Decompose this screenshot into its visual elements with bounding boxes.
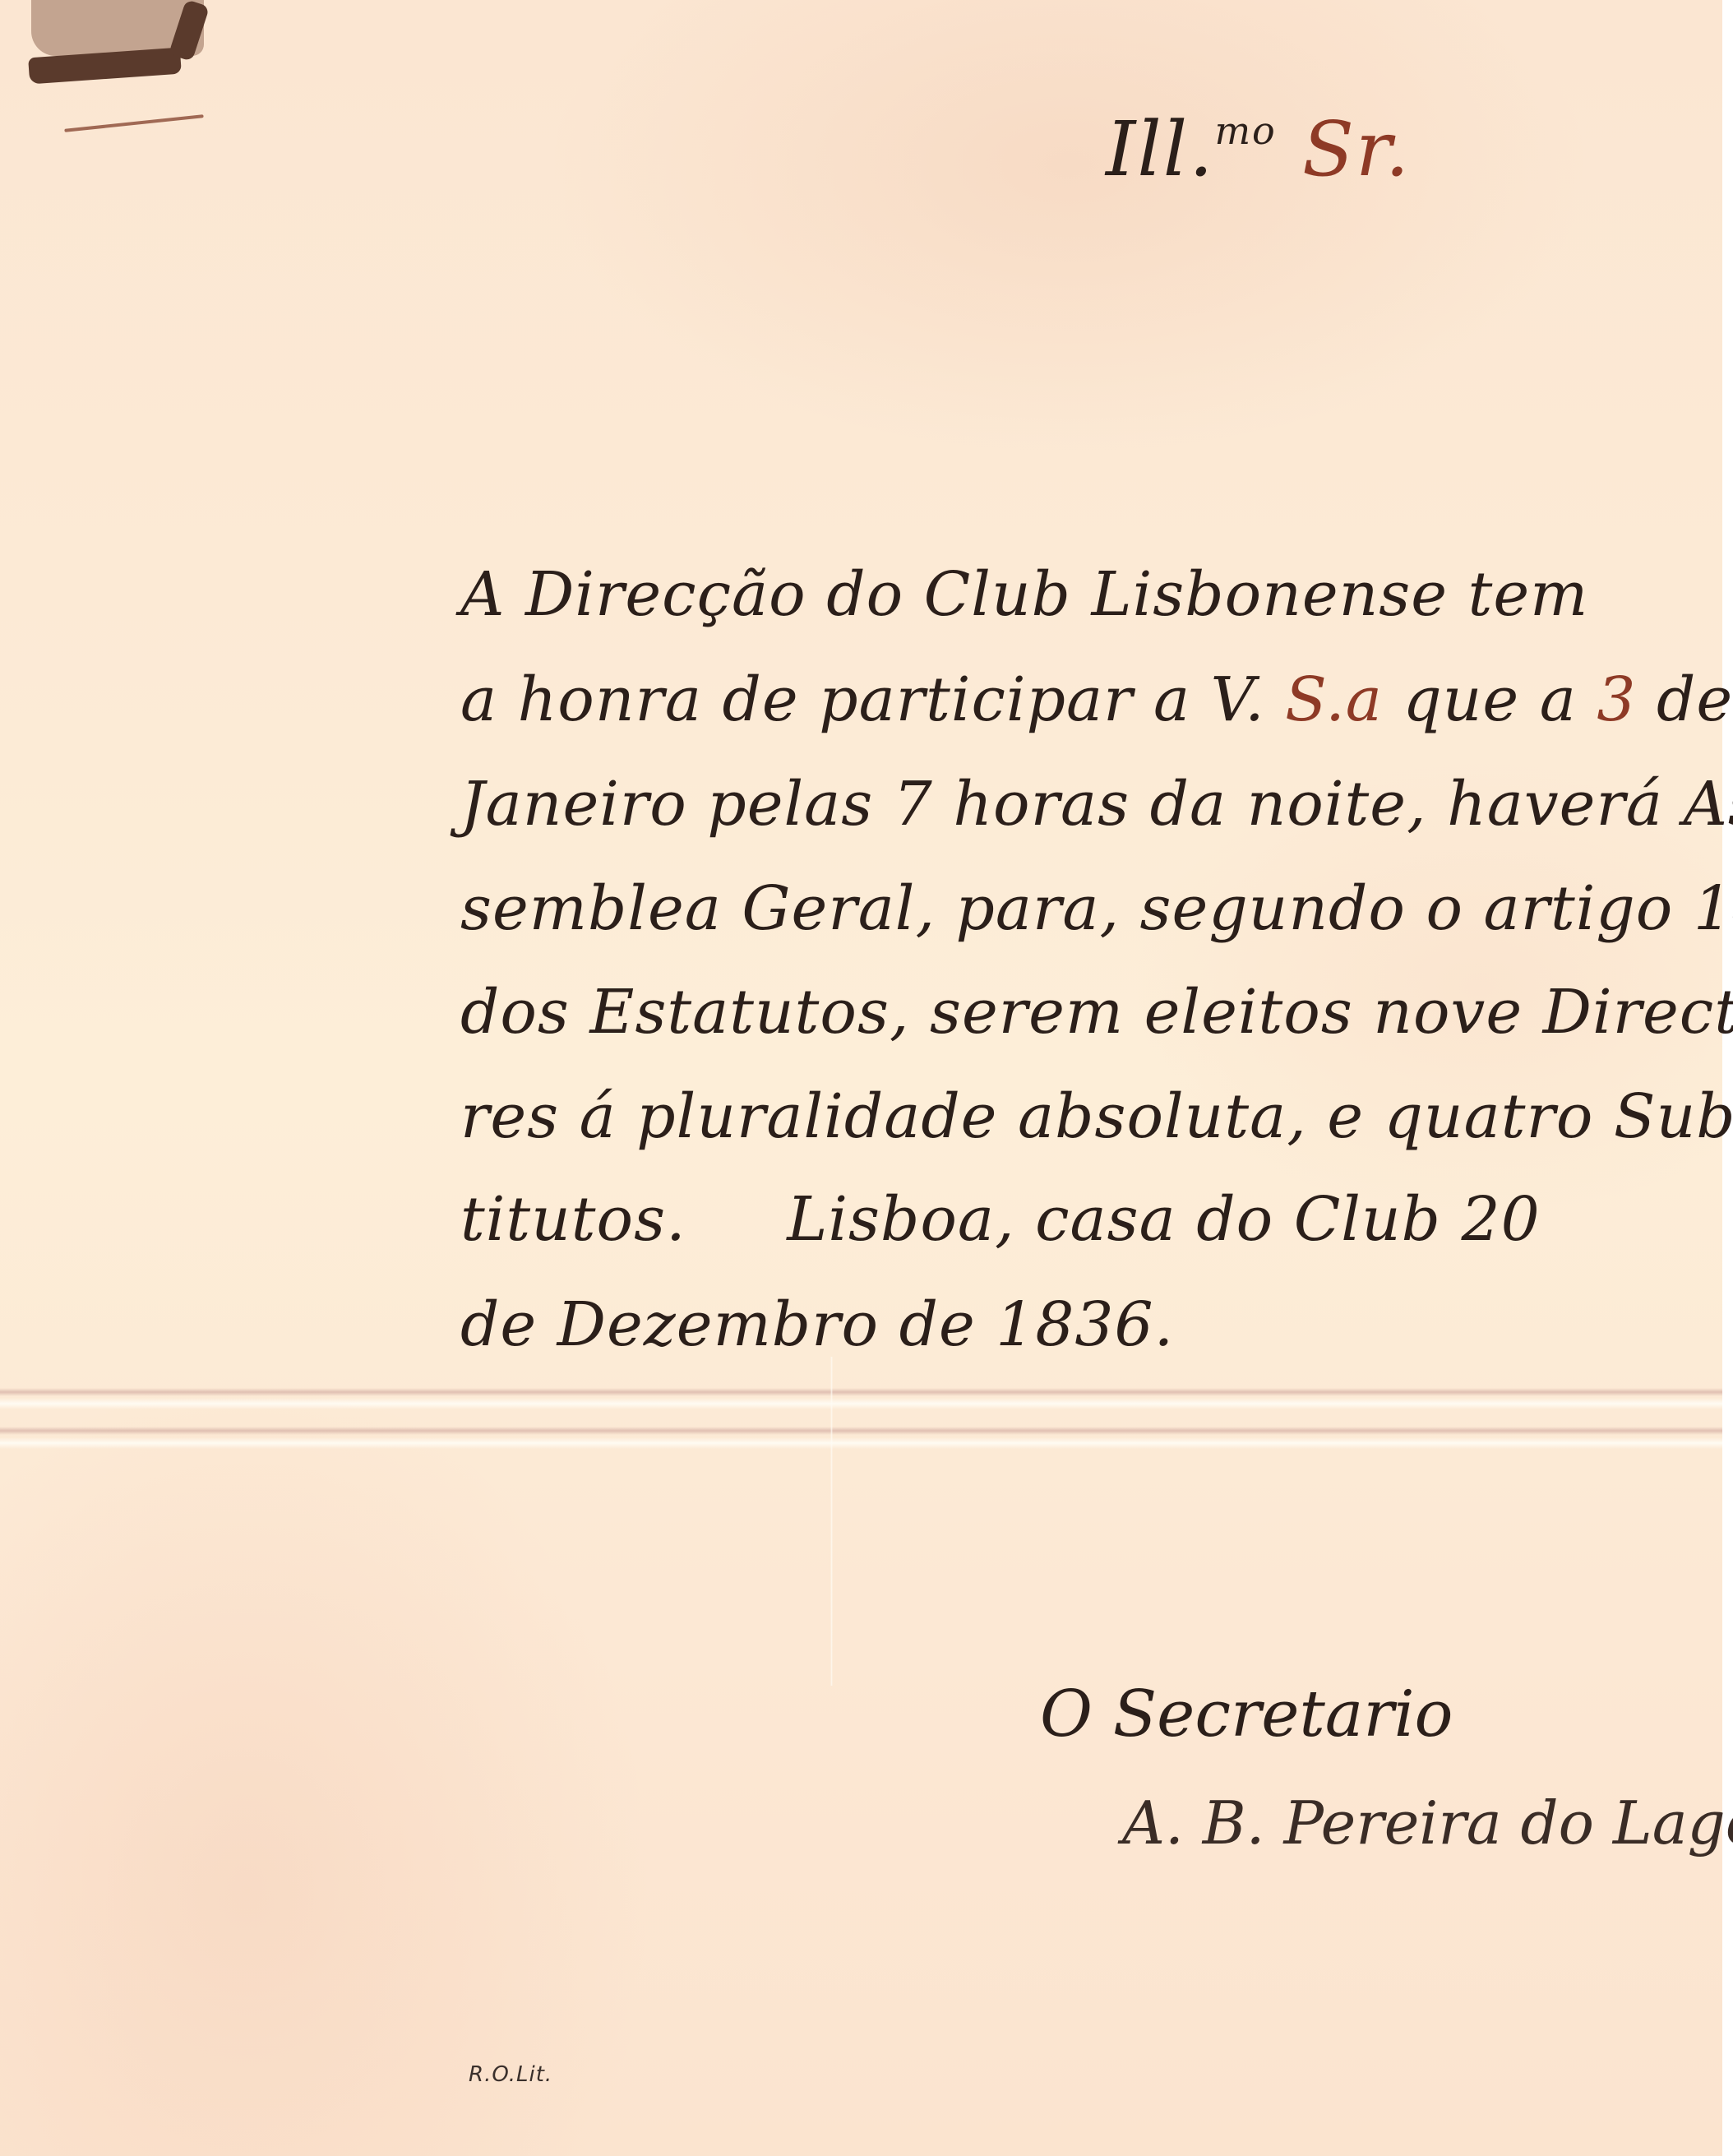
ink-dash-mark: [64, 114, 203, 132]
body-text: A Direcção do Club Lisbonense tem: [460, 559, 1588, 630]
body-text: titutos. Lisboa, casa do Club 20: [460, 1184, 1541, 1255]
fold-crease: [0, 1388, 1722, 1396]
date-day-red: 3: [1597, 664, 1636, 735]
body-text: a honra de participar a V.: [460, 664, 1285, 735]
signature: A. B. Pereira do Lago: [1122, 1788, 1733, 1858]
fold-crease: [0, 1398, 1722, 1409]
salutation: Ill.mo Sr.: [1106, 105, 1411, 193]
salutation-title: Sr.: [1302, 105, 1411, 193]
paper-sheet: Ill.mo Sr. A Direcção do Club Lisbonense…: [0, 0, 1722, 2156]
body-line-1: A Direcção do Club Lisbonense tem: [460, 559, 1588, 630]
body-text: que a: [1383, 664, 1597, 735]
body-text: Janeiro pelas 7 horas da noite, haverá A…: [460, 769, 1733, 840]
salutation-prefix: Ill.: [1106, 105, 1214, 193]
honorific-red: S.a: [1285, 664, 1383, 735]
body-text: de Dezembro de 1836.: [460, 1289, 1174, 1360]
closing: O Secretario: [1040, 1677, 1453, 1751]
body-text: de: [1636, 664, 1733, 735]
body-text: semblea Geral, para, segundo o artigo 14…: [460, 873, 1733, 944]
body-text: dos Estatutos, serem eleitos nove Direct…: [460, 977, 1733, 1048]
vertical-fold: [830, 1357, 833, 1686]
salutation-superscript: mo: [1214, 109, 1276, 153]
body-line-5: dos Estatutos, serem eleitos nove Direct…: [460, 977, 1733, 1048]
fold-crease: [0, 1427, 1722, 1435]
body-line-3: Janeiro pelas 7 horas da noite, haverá A…: [460, 769, 1733, 840]
body-line-7: titutos. Lisboa, casa do Club 20: [460, 1184, 1541, 1255]
body-line-4: semblea Geral, para, segundo o artigo 14…: [460, 873, 1733, 944]
body-line-2: a honra de participar a V. S.a que a 3 d…: [460, 664, 1733, 735]
body-line-8: de Dezembro de 1836.: [460, 1289, 1174, 1360]
body-line-6: res á pluralidade absoluta, e quatro Sub…: [460, 1081, 1733, 1152]
fold-crease: [0, 1437, 1722, 1449]
body-text: res á pluralidade absoluta, e quatro Sub…: [460, 1081, 1733, 1152]
printer-mark: R.O.Lit.: [469, 2062, 552, 2087]
